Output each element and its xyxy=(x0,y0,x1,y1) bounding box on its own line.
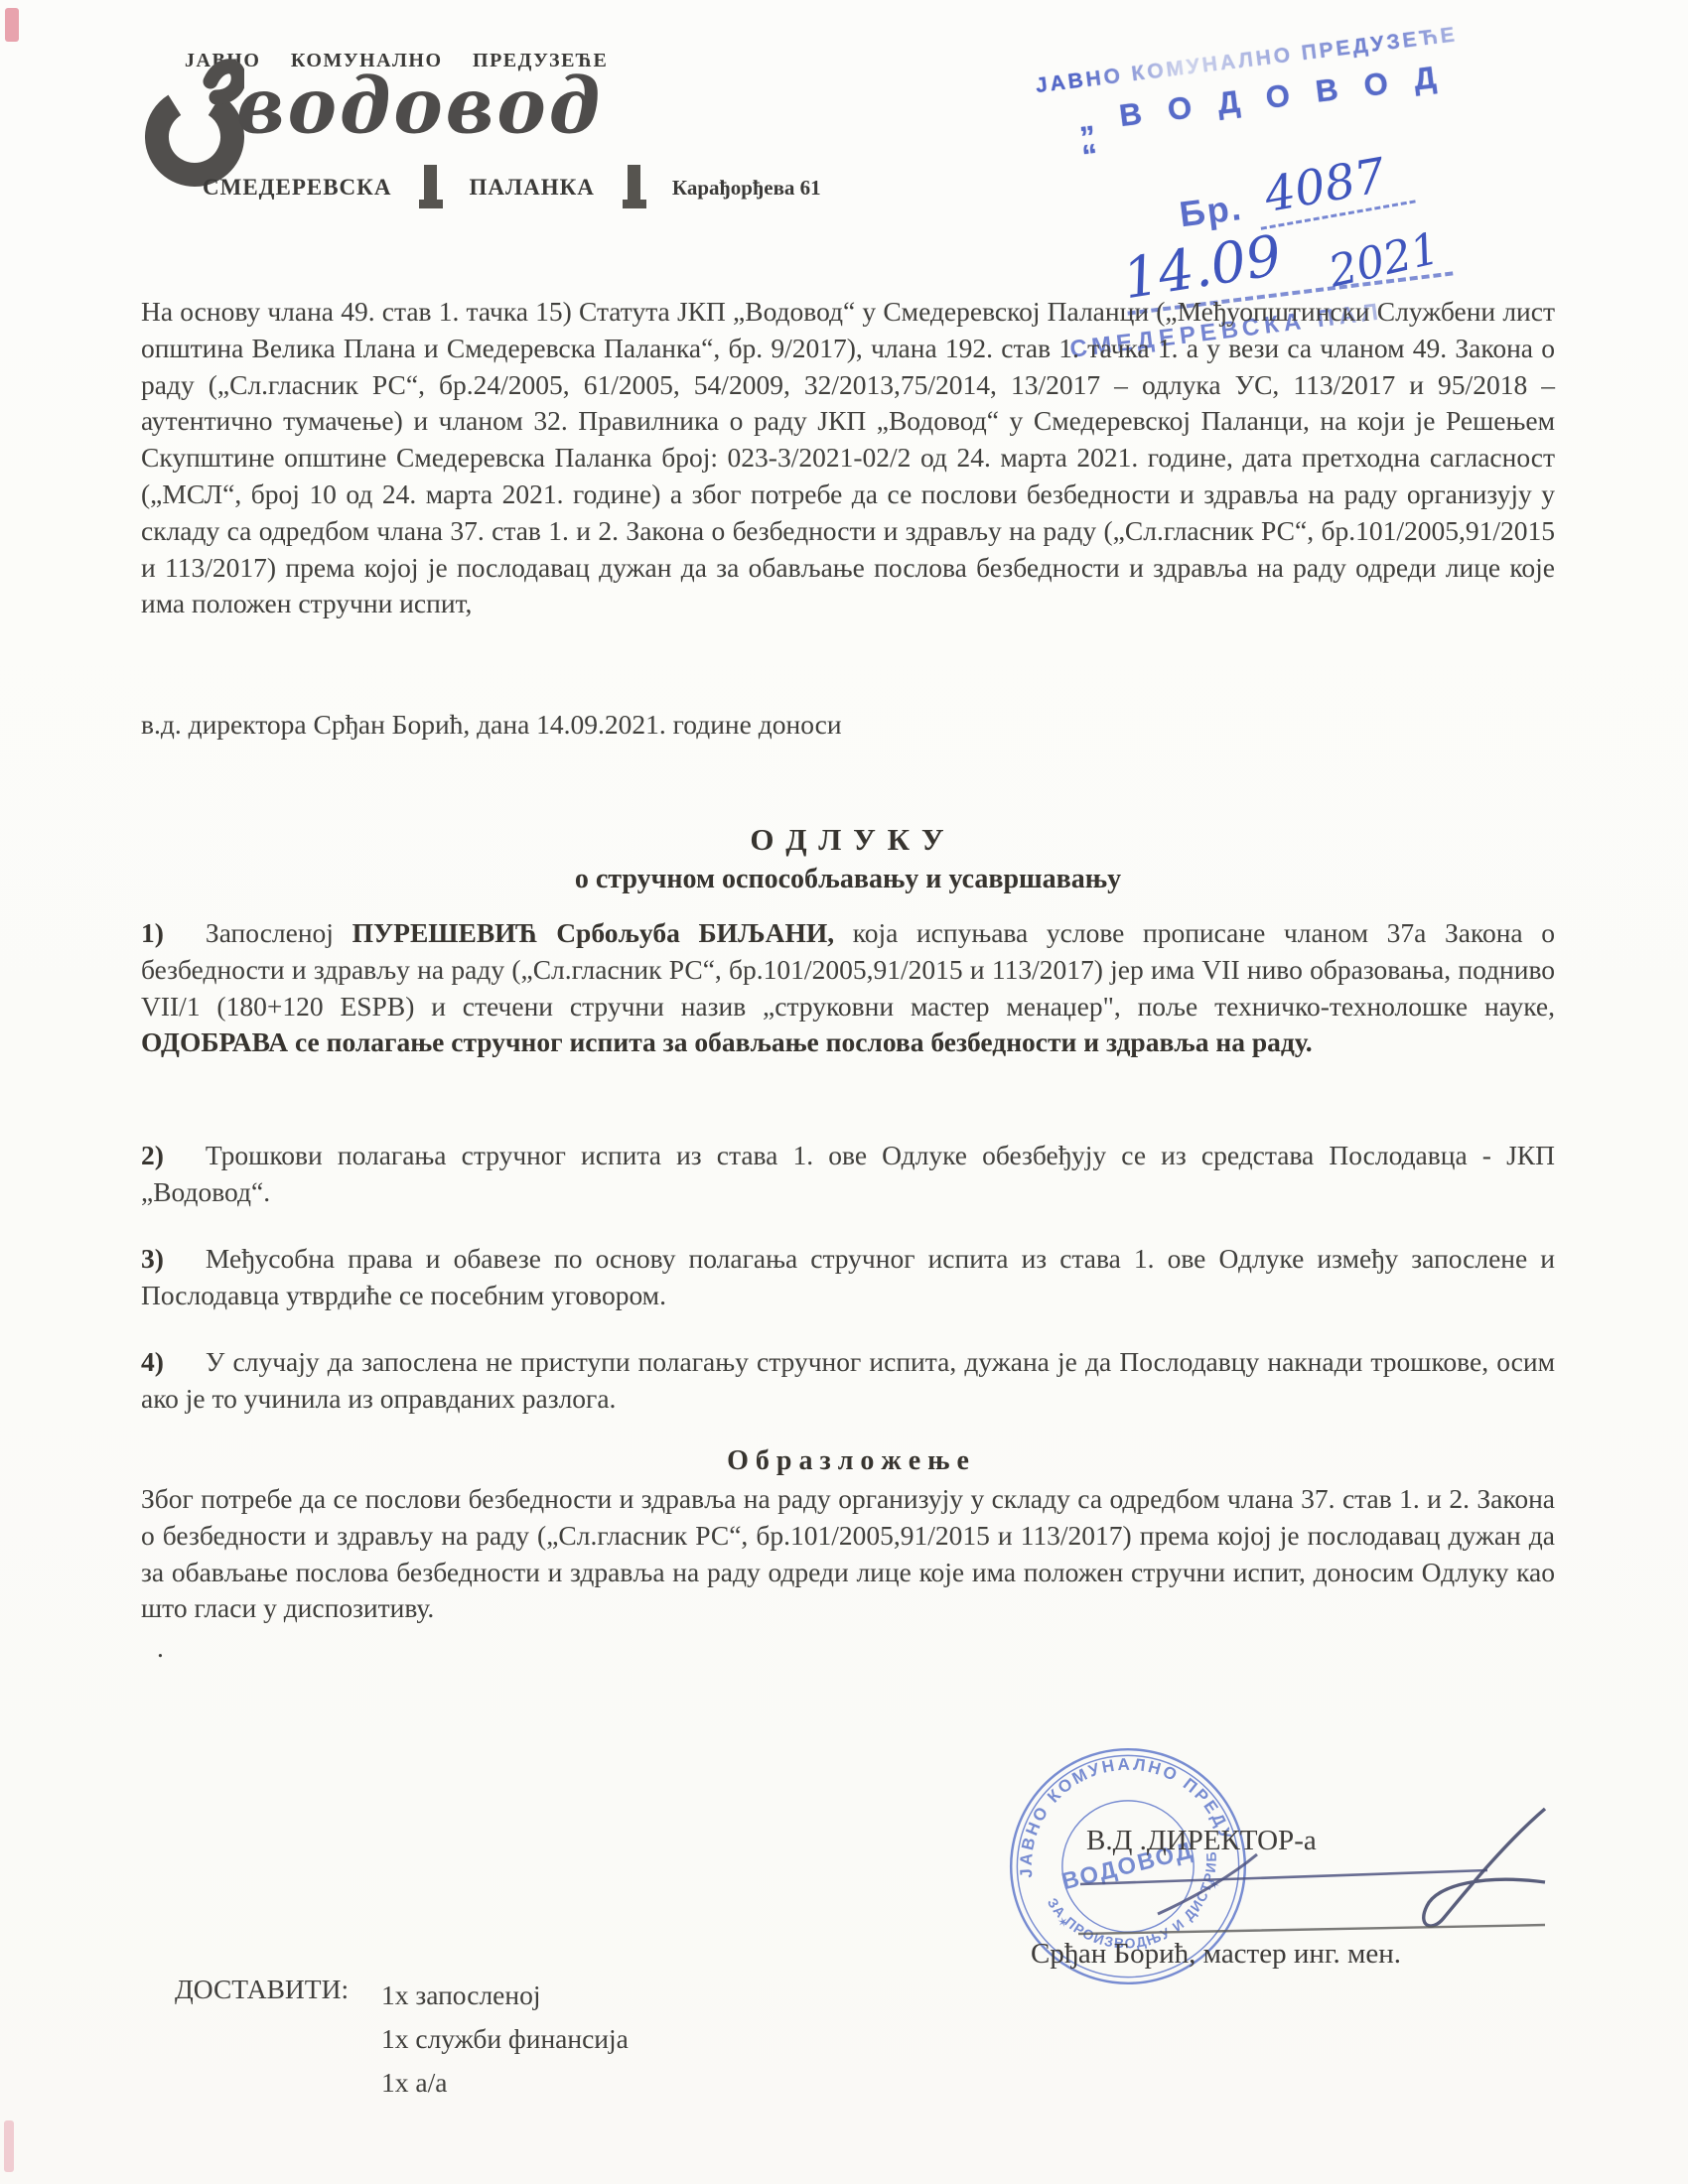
signer-name: Срђан Борић, мастер инг. мен. xyxy=(1031,1938,1401,1971)
item-text: Трошкови полагања стручног испита из ста… xyxy=(141,1140,1555,1207)
item-text: У случају да запослена не приступи полаг… xyxy=(141,1346,1555,1414)
logo-post-icon xyxy=(621,165,646,208)
stamp-year-handwritten: 2021 xyxy=(1325,223,1445,298)
distribution-item: 1х а/а xyxy=(381,2061,629,2105)
item-text: Запосленој xyxy=(206,917,352,948)
distribution-item: 1х служби финансија xyxy=(381,2017,629,2061)
decision-item-1: 1)Запосленој ПУРЕШЕВИЋ Србољуба БИЉАНИ, … xyxy=(141,915,1555,1061)
city-name: СМЕДЕРЕВСКА xyxy=(203,175,391,201)
decision-subtitle: о стручном оспособљавању и усавршавању xyxy=(141,862,1555,898)
decision-title: О Д Л У К У xyxy=(141,822,1555,859)
approval-clause: ОДОБРАВА се полагање стручног испита за … xyxy=(141,1026,1313,1057)
item-number: 4) xyxy=(141,1346,164,1377)
scan-artifact-pink xyxy=(4,2120,14,2172)
item-text: Међусобна права и обавезе по основу пола… xyxy=(141,1243,1555,1310)
distribution-label: ДОСТАВИТИ: xyxy=(175,1974,349,2005)
rationale-heading: О б р а з л о ж е њ е xyxy=(141,1443,1555,1480)
stray-period: . xyxy=(157,1632,164,1664)
item-number: 2) xyxy=(141,1140,164,1170)
vodovod-wordmark: водовод xyxy=(236,62,603,151)
scan-artifact-pink xyxy=(5,8,19,42)
logo-post-icon xyxy=(417,165,443,208)
item-number: 3) xyxy=(141,1243,164,1274)
employee-name: ПУРЕШЕВИЋ Србољуба БИЉАНИ, xyxy=(352,917,835,948)
intro-paragraph: На основу члана 49. став 1. тачка 15) Ст… xyxy=(141,294,1555,622)
scanned-decision-document: ЈАВНО КОМУНАЛНО ПРЕДУЗЕЋЕ водовод СМЕДЕР… xyxy=(0,0,1688,2184)
street-address: Карађорђева 61 xyxy=(672,176,821,201)
stamp-number-label: Бр. xyxy=(1177,187,1245,235)
decision-item-2: 2)Трошкови полагања стручног испита из с… xyxy=(141,1138,1555,1211)
letterhead-city-line: СМЕДЕРЕВСКА ПАЛАНКА Карађорђева 61 xyxy=(203,157,821,201)
distribution-item: 1х запосленој xyxy=(381,1974,629,2017)
item-number: 1) xyxy=(141,917,164,948)
rationale-body: Због потребе да се послови безбедности и… xyxy=(141,1481,1555,1627)
signer-title: В.Д .ДИРЕКТОР-а xyxy=(1086,1825,1317,1857)
enacting-line: в.д. директора Срђан Борић, дана 14.09.2… xyxy=(141,707,1555,744)
decision-item-3: 3)Међусобна права и обавезе по основу по… xyxy=(141,1241,1555,1314)
city-name: ПАЛАНКА xyxy=(469,175,594,201)
decision-item-4: 4)У случају да запослена не приступи пол… xyxy=(141,1344,1555,1418)
distribution-list: 1х запосленој 1х служби финансија 1х а/а xyxy=(381,1974,629,2105)
